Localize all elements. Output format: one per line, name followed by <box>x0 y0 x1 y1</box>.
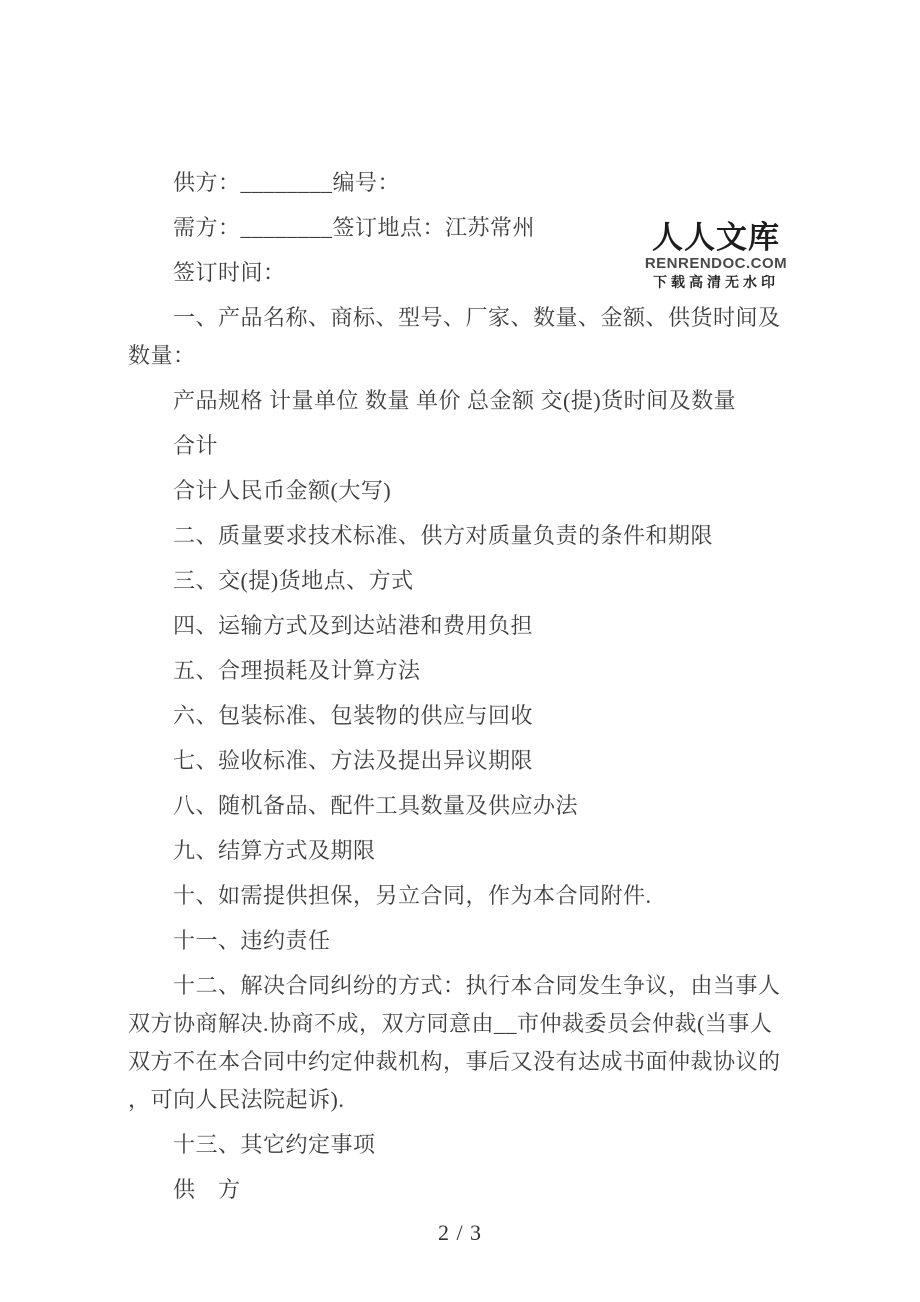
renrendoc-watermark: 人人文库 RENRENDOC.COM 下载高清无水印 <box>641 220 791 290</box>
total-line: 合计 <box>128 427 794 465</box>
spec-header-line: 产品规格 计量单位 数量 单价 总金额 交(提)货时间及数量 <box>128 382 794 420</box>
clause-6: 六、包装标准、包装物的供应与回收 <box>128 697 794 735</box>
total-amount-line: 合计人民币金额(大写) <box>128 472 794 510</box>
watermark-logo-text: 人人文库 <box>641 220 791 255</box>
clause-8: 八、随机备品、配件工具数量及供应办法 <box>128 787 794 825</box>
document-page: 供方：________编号： 需方：________签订地点：江苏常州 签订时间… <box>0 0 920 1302</box>
clause-5: 五、合理损耗及计算方法 <box>128 652 794 690</box>
clause-4: 四、运输方式及到达站港和费用负担 <box>128 607 794 645</box>
watermark-tagline: 下载高清无水印 <box>641 274 791 290</box>
clause-2: 二、质量要求技术标准、供方对质量负责的条件和期限 <box>128 517 794 555</box>
clause-3: 三、交(提)货地点、方式 <box>128 562 794 600</box>
supplier-signature-line: 供 方 <box>128 1171 794 1209</box>
page-number: 2 / 3 <box>0 1220 920 1246</box>
clause-1: 一、产品名称、商标、型号、厂家、数量、金额、供货时间及 数量： <box>128 299 794 375</box>
contract-body: 供方：________编号： 需方：________签订地点：江苏常州 签订时间… <box>128 164 794 1216</box>
watermark-domain: RENRENDOC.COM <box>641 255 791 272</box>
clause-10: 十、如需提供担保，另立合同，作为本合同附件. <box>128 877 794 915</box>
clause-9: 九、结算方式及期限 <box>128 832 794 870</box>
clause-12: 十二、解决合同纠纷的方式：执行本合同发生争议，由当事人 双方协商解决.协商不成，… <box>128 967 794 1119</box>
clause-7: 七、验收标准、方法及提出异议期限 <box>128 742 794 780</box>
clause-11: 十一、违约责任 <box>128 922 794 960</box>
clause-13: 十三、其它约定事项 <box>128 1126 794 1164</box>
supplier-line: 供方：________编号： <box>128 164 794 202</box>
